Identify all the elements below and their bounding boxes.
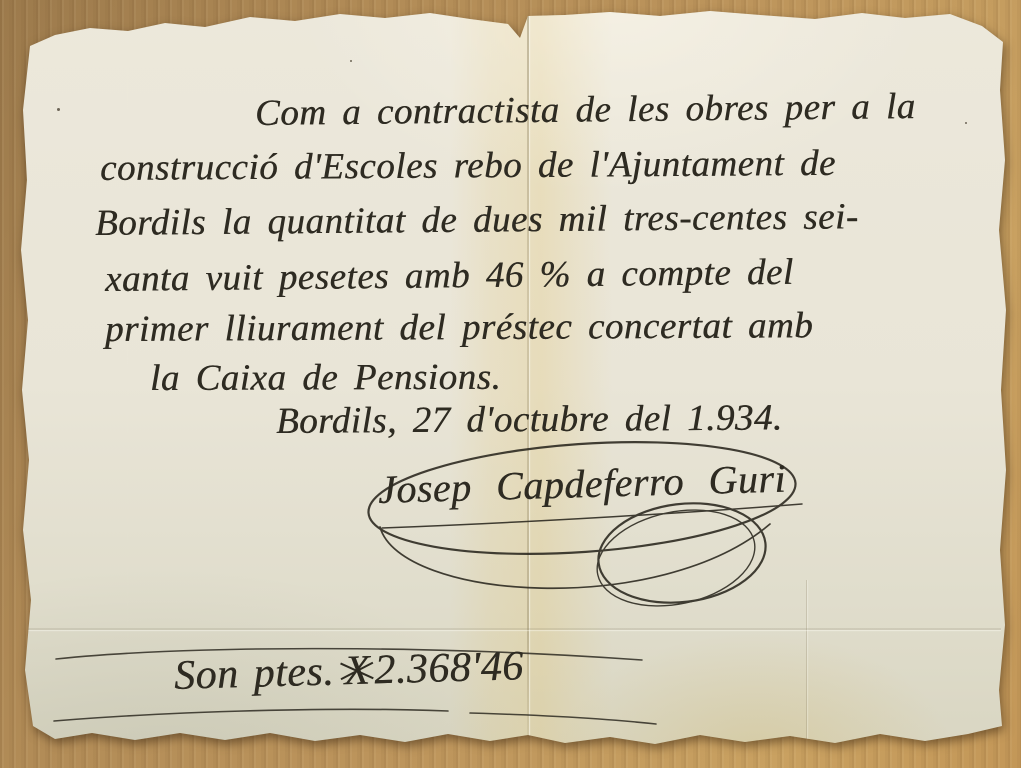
- ink-speck: [965, 122, 967, 124]
- handwritten-line-6: la Caixa de Pensions.: [150, 359, 501, 397]
- date-line: Bordils, 27 d'octubre del 1.934.: [276, 399, 783, 440]
- photo-scene: Com a contractista de les obres per a la…: [0, 0, 1021, 768]
- crossed-out-mark: X: [344, 650, 371, 693]
- paper-shadow-wrap: Com a contractista de les obres per a la…: [0, 0, 1021, 768]
- receipt-paper: Com a contractista de les obres per a la…: [0, 0, 1021, 768]
- handwritten-line-5: primer lliurament del préstec concertat …: [105, 307, 813, 348]
- vertical-fold-crease-secondary: [806, 580, 807, 742]
- handwritten-line-4: xanta vuit pesetes amb 46 % a compte del: [105, 254, 794, 298]
- handwritten-line-1: Com a contractista de les obres per a la: [255, 88, 916, 132]
- handwritten-line-3: Bordils la quantitat de dues mil tres-ce…: [95, 198, 859, 242]
- total-amount: 2.368'46: [374, 643, 525, 693]
- total-line: Son ptes.X2.368'46: [173, 645, 524, 697]
- total-label: Son ptes.: [173, 649, 334, 699]
- signature-name: Josep Capdeferro Guri: [377, 459, 786, 510]
- horizontal-fold-crease: [24, 628, 1001, 630]
- handwritten-line-2: construcció d'Escoles rebo de l'Ajuntame…: [100, 145, 836, 187]
- ink-speck: [57, 108, 60, 111]
- ink-speck: [350, 60, 352, 62]
